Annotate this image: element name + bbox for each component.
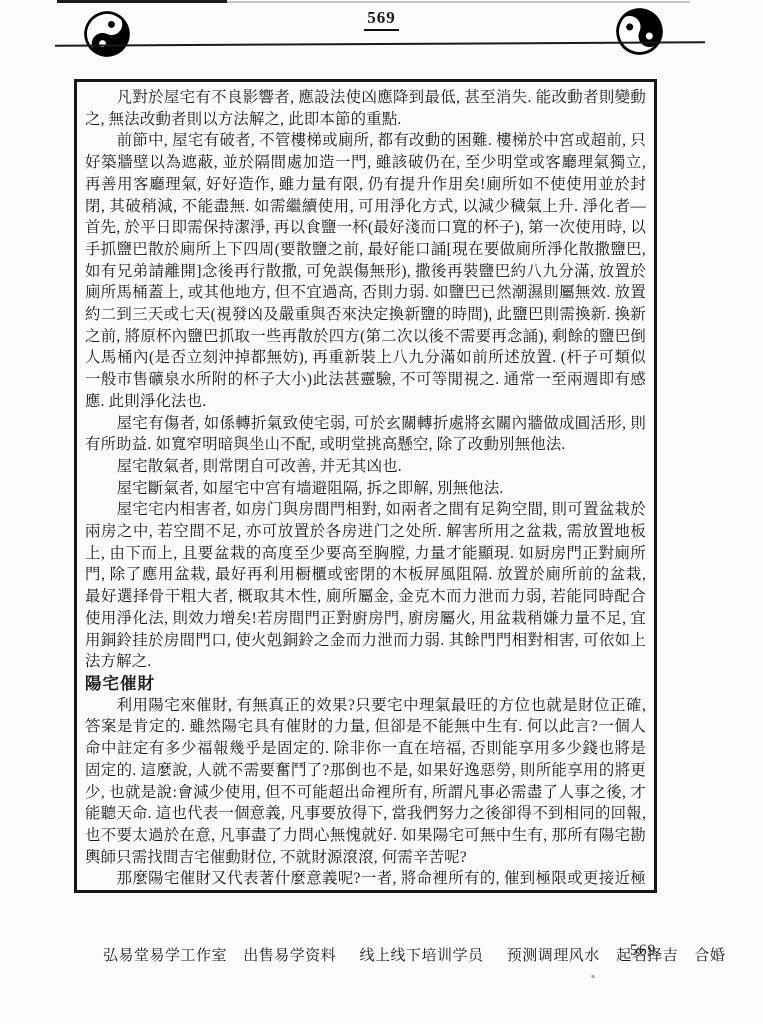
footer-item: 合婚 <box>694 948 725 964</box>
paragraph: 前節中, 屋宅有破者, 不管樓梯或廁所, 都有改動的困難. 樓梯於中宮或超前, … <box>85 130 646 412</box>
paragraph: 屋宅散氣者, 則常閉自可改善, 并无其凶也. <box>85 456 646 478</box>
footer-page-number: 569 <box>630 942 656 960</box>
paragraph: 利用陽宅來催財, 有無真正的效果?只要宅中理氣最旺的方位也就是財位正確, 答案是… <box>85 695 646 869</box>
footer-item: 出售易学资料 <box>243 948 336 964</box>
footer-item: 线上线下培训学员 <box>360 948 484 964</box>
paragraph: 屋宅宅内相害者, 如房门與房間門相對, 如兩者之間有足夠空間, 則可置盆栽於兩房… <box>85 499 646 673</box>
scan-artifact-top-edge <box>57 0 227 3</box>
paragraph: 屋宅斷氣者, 如屋宅中宫有墙避阻隔, 拆之即解, 別無他法. <box>85 478 646 500</box>
scanned-book-page: 569 凡對於屋宅有不良影響者, 應設法使凶應降到最低, 甚至消失. 能改動者則… <box>0 0 763 1024</box>
footer-item: 预测调理风水 <box>507 948 600 964</box>
scan-artifact-top-edge-faint <box>220 1 690 3</box>
content-box: 凡對於屋宅有不良影響者, 應設法使凶應降到最低, 甚至消失. 能改動者則變動之,… <box>74 79 657 893</box>
paragraph: 那麼陽宅催財又代表著什麼意義呢?一者, 將命裡所有的, 催到極限或更接近極限. … <box>85 868 646 893</box>
header-page-number: 569 <box>364 8 399 31</box>
header-divider-line <box>55 41 705 46</box>
section-heading: 陽宅催財 <box>85 673 646 695</box>
paragraph: 屋宅有傷者, 如係轉折氣致使宅弱, 可於玄關轉折處將玄關內牆做成圓活形, 則有所… <box>85 413 646 456</box>
scan-artifact-speck <box>591 974 596 979</box>
paragraph: 凡對於屋宅有不良影響者, 應設法使凶應降到最低, 甚至消失. 能改動者則變動之,… <box>85 87 646 130</box>
yin-yang-icon <box>616 8 663 55</box>
footer-item: 弘易堂易学工作室 <box>103 948 227 964</box>
